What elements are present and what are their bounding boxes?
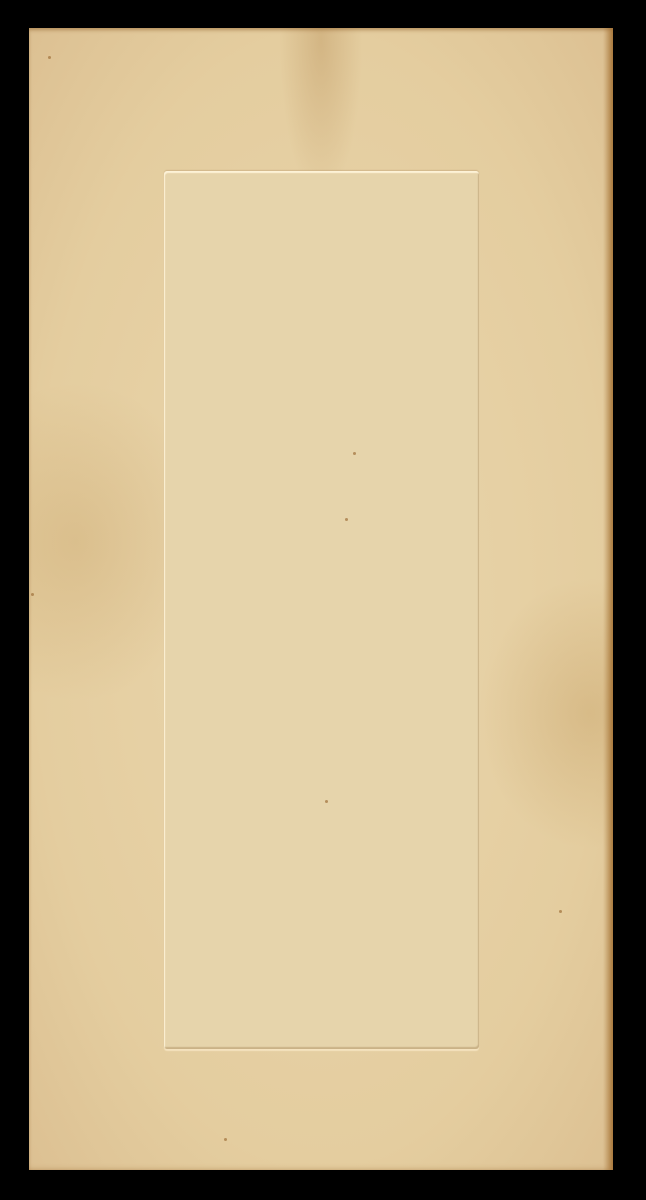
- paper-edge-discoloration: [603, 28, 613, 1170]
- foxing-spot: [325, 800, 328, 803]
- foxing-spot: [48, 56, 51, 59]
- foxing-spot: [31, 593, 34, 596]
- foxing-spot: [559, 910, 562, 913]
- embossed-plate-mark: [164, 171, 479, 1049]
- paper-sheet: [29, 28, 613, 1170]
- foxing-spot: [345, 518, 348, 521]
- foxing-spot: [353, 452, 356, 455]
- foxing-spot: [224, 1138, 227, 1141]
